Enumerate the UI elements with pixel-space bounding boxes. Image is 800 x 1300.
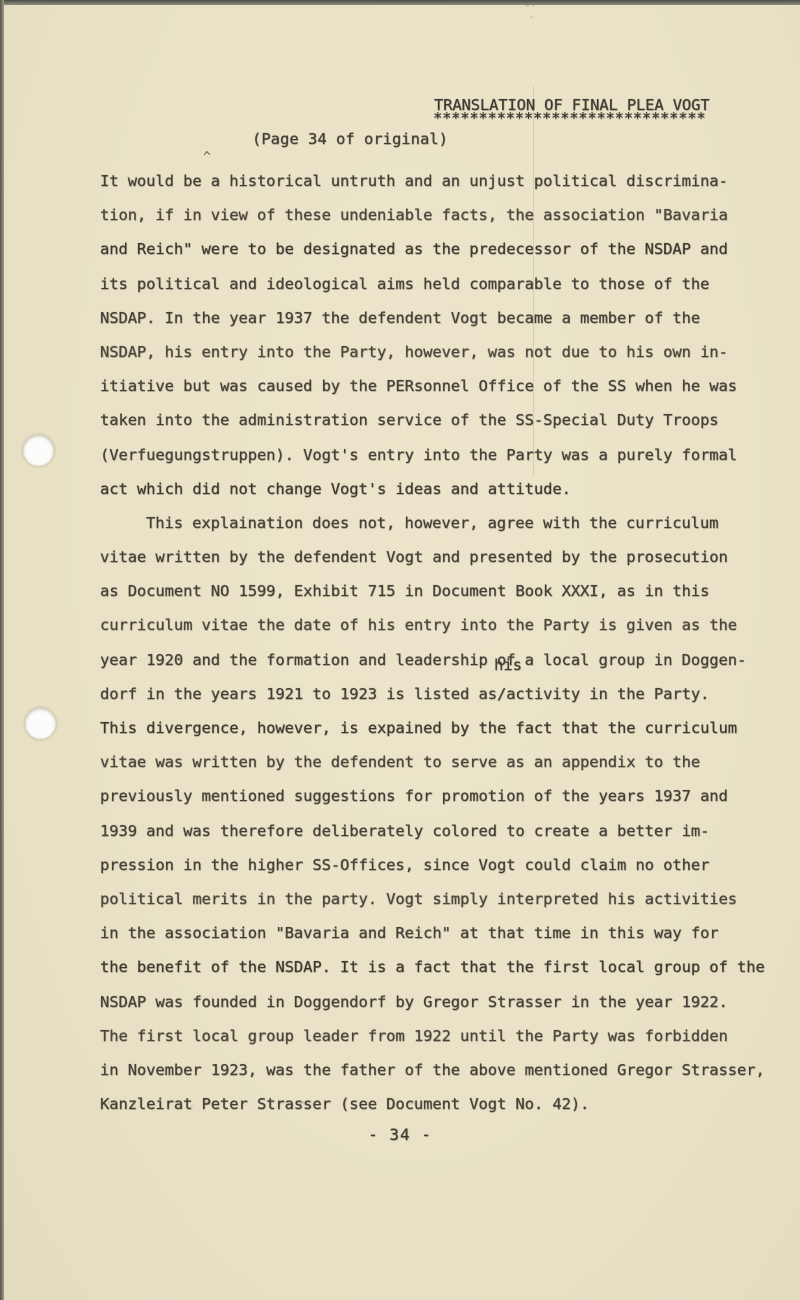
text-line: curriculum vitae the date of his entry i… (100, 608, 790, 642)
punch-hole-top (23, 435, 54, 466)
asterisk-underline: ****************************** (433, 109, 705, 127)
interline-insertion: his (494, 656, 522, 674)
page-number: - 34 - (0, 1125, 800, 1144)
smudge-mark: ;· (522, 2, 538, 42)
text-line: NSDAP. In the year 1937 the defendent Vo… (100, 301, 790, 335)
text-line: (Verfuegungstruppen). Vogt's entry into … (100, 438, 790, 472)
text-line: This explaination does not, however, agr… (100, 506, 790, 540)
text-line: its political and ideological aims held … (100, 267, 790, 301)
text-line: The first local group leader from 1922 u… (100, 1019, 790, 1053)
text-line: dorf in the years 1921 to 1923 is listed… (100, 677, 790, 711)
text-line: taken into the administration service of… (100, 403, 790, 437)
text-line: This divergence, however, is expained by… (100, 711, 790, 745)
text-line: in the association "Bavaria and Reich" a… (100, 916, 790, 950)
text-line: vitae written by the defendent Vogt and … (100, 540, 790, 574)
text-line: 1939 and was therefore deliberately colo… (100, 814, 790, 848)
ghost-marks: ' ·" ^ ^ · (105, 1100, 555, 1115)
text-line: as Document NO 1599, Exhibit 715 in Docu… (100, 574, 790, 608)
scan-left-edge (0, 0, 4, 1300)
text-line: It would be a historical untruth and an … (100, 164, 790, 198)
punch-hole-bottom (25, 708, 56, 739)
text-line: in November 1923, was the father of the … (100, 1053, 790, 1087)
document-page: ;· TRANSLATION OF FINAL PLEA VOGT ******… (0, 0, 800, 1300)
text-line: and Reich" were to be designated as the … (100, 232, 790, 266)
text-line: political merits in the party. Vogt simp… (100, 882, 790, 916)
text-line: pression in the higher SS-Offices, since… (100, 848, 790, 882)
text-line: vitae was written by the defendent to se… (100, 745, 790, 779)
text-line: NSDAP, his entry into the Party, however… (100, 335, 790, 369)
body-lines: It would be a historical untruth and an … (100, 164, 790, 1121)
scan-top-edge (0, 0, 800, 5)
text-line: act which did not change Vogt's ideas an… (100, 472, 790, 506)
caret-mark: ^ (203, 150, 211, 165)
text-line: tion, if in view of these undeniable fac… (100, 198, 790, 232)
text-line: itiative but was caused by the PERsonnel… (100, 369, 790, 403)
text-line: the benefit of the NSDAP. It is a fact t… (100, 950, 790, 984)
page-reference: (Page 34 of original) (252, 130, 448, 148)
text-line: NSDAP was founded in Doggendorf by Grego… (100, 985, 790, 1019)
text-line: year 1920 and the formation and leadersh… (100, 643, 790, 677)
text-line: previously mentioned suggestions for pro… (100, 779, 790, 813)
